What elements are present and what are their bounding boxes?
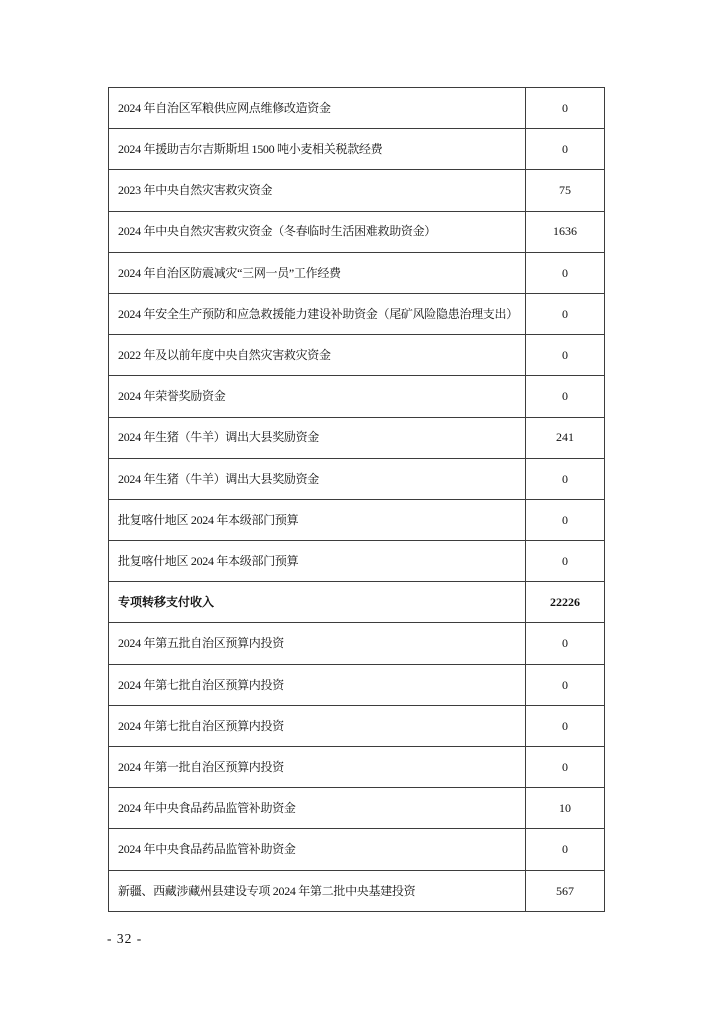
row-label: 2024 年自治区军粮供应网点维修改造资金 xyxy=(109,88,526,129)
row-label: 2024 年生猪（牛羊）调出大县奖励资金 xyxy=(109,417,526,458)
table-row: 2024 年第七批自治区预算内投资0 xyxy=(109,664,605,705)
row-label: 2024 年第一批自治区预算内投资 xyxy=(109,747,526,788)
row-label: 2024 年中央食品药品监管补助资金 xyxy=(109,788,526,829)
row-value: 0 xyxy=(526,293,605,334)
row-value: 0 xyxy=(526,252,605,293)
table-row: 新疆、西藏涉藏州县建设专项 2024 年第二批中央基建投资567 xyxy=(109,870,605,911)
row-value: 0 xyxy=(526,129,605,170)
table-row: 2024 年援助吉尔吉斯斯坦 1500 吨小麦相关税款经费0 xyxy=(109,129,605,170)
row-label: 批复喀什地区 2024 年本级部门预算 xyxy=(109,541,526,582)
row-label: 2022 年及以前年度中央自然灾害救灾资金 xyxy=(109,335,526,376)
row-value: 0 xyxy=(526,376,605,417)
table-row: 2024 年第五批自治区预算内投资0 xyxy=(109,623,605,664)
row-label: 2024 年第七批自治区预算内投资 xyxy=(109,664,526,705)
table-row: 2024 年自治区军粮供应网点维修改造资金0 xyxy=(109,88,605,129)
budget-table: 2024 年自治区军粮供应网点维修改造资金02024 年援助吉尔吉斯斯坦 150… xyxy=(108,87,605,912)
row-value: 0 xyxy=(526,458,605,499)
table-row: 2024 年中央食品药品监管补助资金10 xyxy=(109,788,605,829)
row-label: 新疆、西藏涉藏州县建设专项 2024 年第二批中央基建投资 xyxy=(109,870,526,911)
table-row: 2024 年安全生产预防和应急救援能力建设补助资金（尾矿风险隐患治理支出）0 xyxy=(109,293,605,334)
row-value: 0 xyxy=(526,499,605,540)
row-value: 0 xyxy=(526,623,605,664)
row-value: 241 xyxy=(526,417,605,458)
row-value: 75 xyxy=(526,170,605,211)
row-value: 567 xyxy=(526,870,605,911)
table-row: 2023 年中央自然灾害救灾资金75 xyxy=(109,170,605,211)
row-value: 1636 xyxy=(526,211,605,252)
document-page: 2024 年自治区军粮供应网点维修改造资金02024 年援助吉尔吉斯斯坦 150… xyxy=(0,0,714,1010)
row-value: 10 xyxy=(526,788,605,829)
row-label: 2024 年生猪（牛羊）调出大县奖励资金 xyxy=(109,458,526,499)
row-value: 0 xyxy=(526,335,605,376)
row-label: 2024 年自治区防震减灾“三网一员”工作经费 xyxy=(109,252,526,293)
table-row: 2024 年生猪（牛羊）调出大县奖励资金241 xyxy=(109,417,605,458)
table-row: 批复喀什地区 2024 年本级部门预算0 xyxy=(109,499,605,540)
row-value: 0 xyxy=(526,541,605,582)
table-row: 2024 年生猪（牛羊）调出大县奖励资金0 xyxy=(109,458,605,499)
row-label: 批复喀什地区 2024 年本级部门预算 xyxy=(109,499,526,540)
row-value: 0 xyxy=(526,88,605,129)
row-label: 2023 年中央自然灾害救灾资金 xyxy=(109,170,526,211)
row-value: 0 xyxy=(526,664,605,705)
table-row: 批复喀什地区 2024 年本级部门预算0 xyxy=(109,541,605,582)
table-row: 2024 年中央自然灾害救灾资金（冬春临时生活困难救助资金）1636 xyxy=(109,211,605,252)
table-row: 2024 年第一批自治区预算内投资0 xyxy=(109,747,605,788)
page-number: - 32 - xyxy=(107,931,142,947)
table-row: 2024 年荣誉奖励资金0 xyxy=(109,376,605,417)
row-label: 2024 年第五批自治区预算内投资 xyxy=(109,623,526,664)
row-value: 0 xyxy=(526,829,605,870)
budget-table-body: 2024 年自治区军粮供应网点维修改造资金02024 年援助吉尔吉斯斯坦 150… xyxy=(109,88,605,912)
row-value: 22226 xyxy=(526,582,605,623)
table-row: 2024 年中央食品药品监管补助资金0 xyxy=(109,829,605,870)
row-label: 专项转移支付收入 xyxy=(109,582,526,623)
table-row: 2024 年自治区防震减灾“三网一员”工作经费0 xyxy=(109,252,605,293)
table-row: 2022 年及以前年度中央自然灾害救灾资金0 xyxy=(109,335,605,376)
row-label: 2024 年荣誉奖励资金 xyxy=(109,376,526,417)
table-row: 2024 年第七批自治区预算内投资0 xyxy=(109,705,605,746)
row-label: 2024 年援助吉尔吉斯斯坦 1500 吨小麦相关税款经费 xyxy=(109,129,526,170)
row-value: 0 xyxy=(526,705,605,746)
row-label: 2024 年安全生产预防和应急救援能力建设补助资金（尾矿风险隐患治理支出） xyxy=(109,293,526,334)
row-label: 2024 年中央食品药品监管补助资金 xyxy=(109,829,526,870)
row-value: 0 xyxy=(526,747,605,788)
row-label: 2024 年第七批自治区预算内投资 xyxy=(109,705,526,746)
row-label: 2024 年中央自然灾害救灾资金（冬春临时生活困难救助资金） xyxy=(109,211,526,252)
table-row: 专项转移支付收入22226 xyxy=(109,582,605,623)
